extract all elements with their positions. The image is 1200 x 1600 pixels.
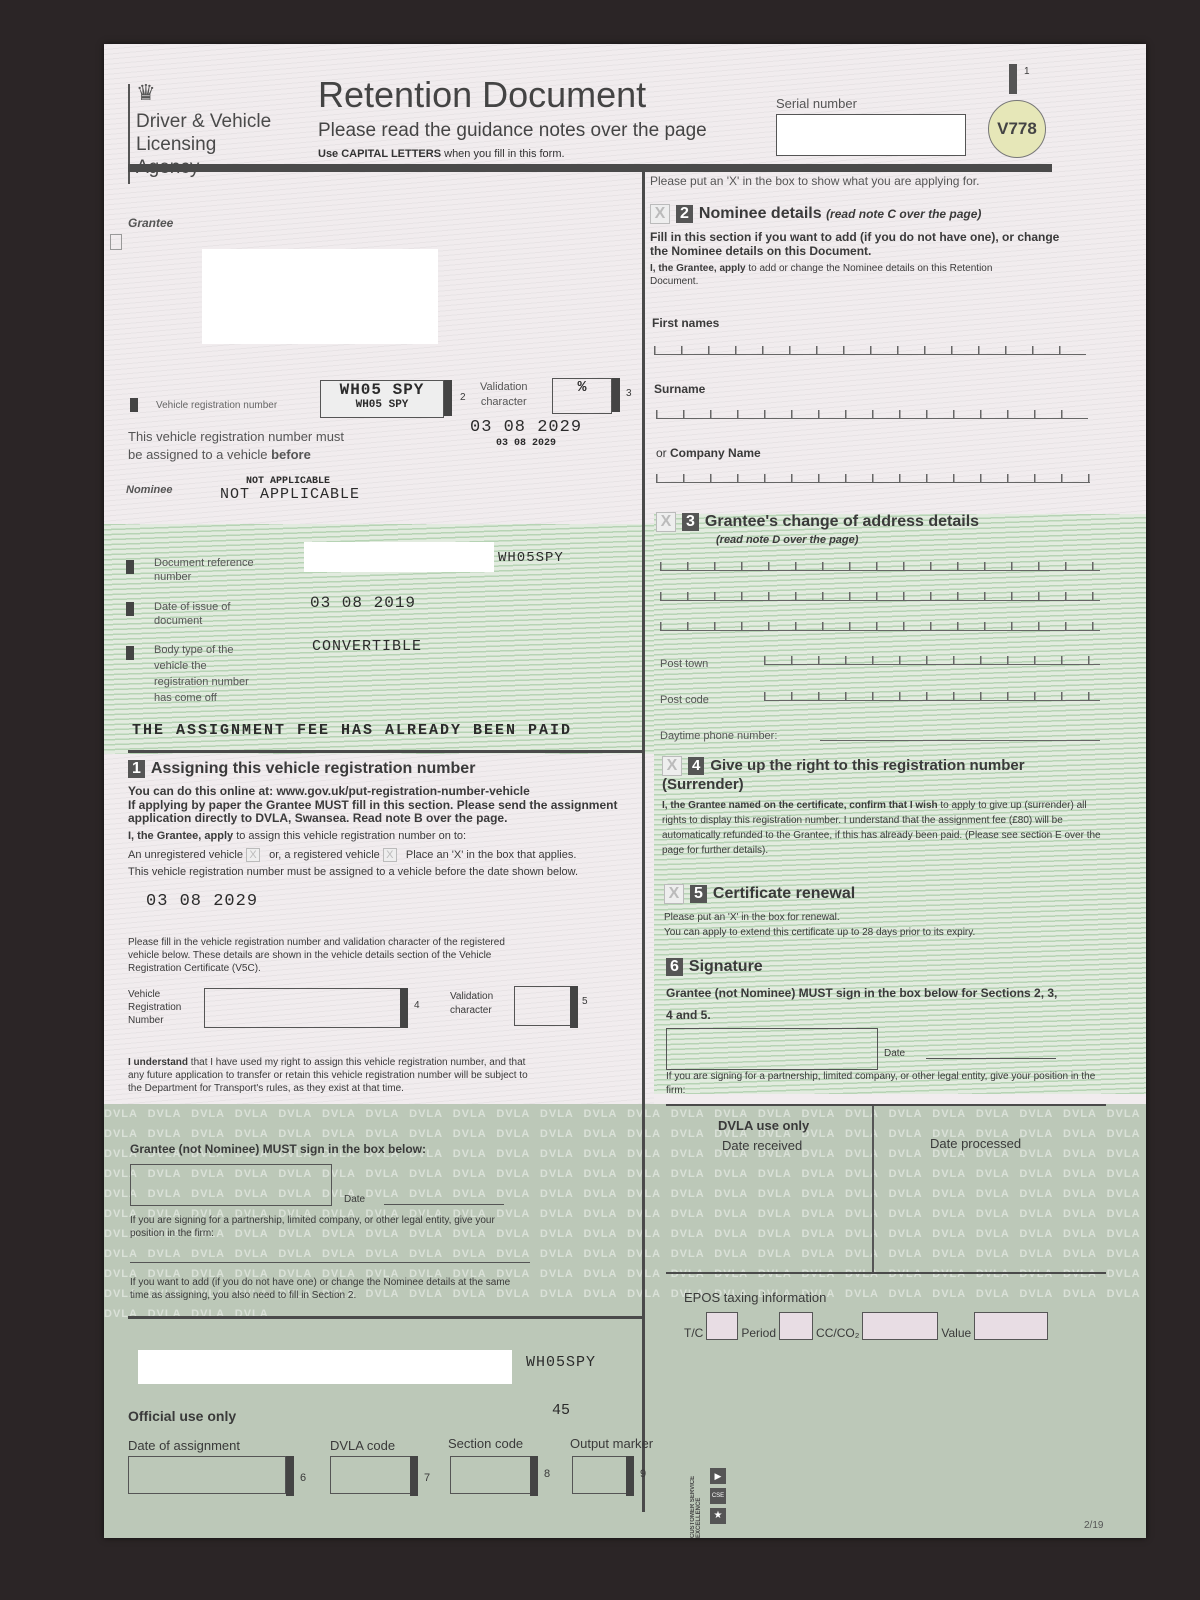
body-type-label: Body type of the vehicle the registratio… bbox=[154, 642, 254, 706]
section4-heading: X4Give up the right to this registration… bbox=[662, 756, 1102, 794]
redacted-grantee-address bbox=[202, 249, 438, 344]
marker bbox=[570, 986, 578, 1028]
capital-letters-instruction: Use CAPITAL LETTERS when you fill in thi… bbox=[318, 148, 565, 160]
issue-date-label: Date of issue of document bbox=[154, 600, 264, 628]
box-number: 8 bbox=[544, 1468, 550, 1480]
first-names-input[interactable] bbox=[654, 342, 1086, 355]
redacted-doc-ref bbox=[304, 542, 494, 572]
partnership-text: If you are signing for a partnership, li… bbox=[130, 1214, 520, 1240]
date-line[interactable] bbox=[384, 1204, 504, 1205]
section6-signature-box[interactable] bbox=[666, 1028, 878, 1070]
epos-value-input[interactable] bbox=[974, 1312, 1048, 1340]
grantee-label: Grantee bbox=[128, 216, 173, 230]
post-town-input[interactable] bbox=[764, 652, 1100, 665]
epos-cc-input[interactable] bbox=[862, 1312, 938, 1340]
column-divider bbox=[642, 172, 645, 1512]
dvla-use-divider bbox=[872, 1106, 874, 1272]
post-town-label: Post town bbox=[660, 658, 708, 670]
epos-tc-input[interactable] bbox=[706, 1312, 738, 1340]
form-version: 2/19 bbox=[1084, 1520, 1103, 1531]
box-number: 9 bbox=[640, 1468, 646, 1480]
address-window-marker bbox=[110, 234, 122, 250]
understand-text: I understand that I have used my right t… bbox=[128, 1056, 538, 1095]
royal-crest-icon: ♛ bbox=[136, 80, 156, 106]
official-field-label: DVLA code bbox=[330, 1438, 395, 1453]
dvla-code-input[interactable] bbox=[330, 1456, 412, 1494]
marker bbox=[400, 988, 408, 1028]
box-number: 2 bbox=[460, 392, 466, 403]
section6-date-line[interactable] bbox=[926, 1058, 1056, 1059]
subtitle: Please read the guidance notes over the … bbox=[318, 120, 707, 142]
section6-heading: 6Signature bbox=[666, 958, 763, 976]
new-vrn-input[interactable] bbox=[204, 988, 402, 1028]
official-field-label: Output marker bbox=[570, 1436, 653, 1451]
address-line-3-input[interactable] bbox=[660, 618, 1100, 631]
first-names-label: First names bbox=[652, 316, 719, 330]
doc-ref-value: WH05SPY bbox=[498, 550, 564, 566]
phone-input[interactable] bbox=[820, 740, 1100, 741]
expiry-date-small: 03 08 2029 bbox=[496, 438, 556, 449]
dvla-use-title: DVLA use only bbox=[718, 1118, 809, 1133]
box-number: 7 bbox=[424, 1472, 430, 1484]
section2-checkbox[interactable]: X bbox=[650, 204, 670, 224]
marker bbox=[126, 602, 134, 616]
section2-heading: X2Nominee details (read note C over the … bbox=[650, 204, 981, 224]
body-type-value: CONVERTIBLE bbox=[312, 638, 422, 655]
vrn-value-small: WH05 SPY bbox=[321, 399, 443, 411]
position-line[interactable] bbox=[130, 1262, 530, 1263]
nominee-label: Nominee bbox=[126, 484, 172, 496]
section6-partnership: If you are signing for a partnership, li… bbox=[666, 1070, 1106, 1098]
company-label: or Company Name bbox=[656, 446, 761, 460]
marker bbox=[530, 1456, 538, 1496]
address-line-1-input[interactable] bbox=[660, 558, 1100, 571]
apply-instruction: Please put an 'X' in the box to show wha… bbox=[650, 174, 979, 188]
unregistered-vehicle-checkbox[interactable]: X bbox=[246, 848, 260, 862]
vrn-box: WH05 SPY WH05 SPY bbox=[320, 380, 444, 418]
section5-heading: X5Certificate renewal bbox=[664, 884, 855, 904]
validation-value: % bbox=[553, 379, 611, 396]
post-code-input[interactable] bbox=[764, 688, 1100, 701]
grantee-signature-box[interactable] bbox=[130, 1164, 332, 1206]
box-number: 1 bbox=[1024, 66, 1030, 77]
section2-fill: Fill in this section if you want to add … bbox=[650, 230, 1080, 258]
assignment-code-value: 45 bbox=[552, 1402, 570, 1419]
expiry-date: 03 08 2029 bbox=[470, 418, 582, 437]
serial-number-field[interactable] bbox=[776, 114, 966, 156]
date-processed-label: Date processed bbox=[930, 1136, 1021, 1151]
section-rule bbox=[128, 750, 642, 753]
box-marker bbox=[1009, 64, 1017, 94]
company-input[interactable] bbox=[656, 470, 1090, 483]
official-use-title: Official use only bbox=[128, 1408, 236, 1424]
section1-date: 03 08 2029 bbox=[146, 892, 258, 911]
section1-apply: I, the Grantee, apply to assign this veh… bbox=[128, 830, 466, 842]
section4-checkbox[interactable]: X bbox=[662, 756, 682, 776]
date-of-assignment-input[interactable] bbox=[128, 1456, 286, 1494]
assignment-ref-value: WH05SPY bbox=[526, 1354, 596, 1371]
section5-checkbox[interactable]: X bbox=[664, 884, 684, 904]
box-number: 3 bbox=[626, 388, 632, 399]
official-field-label: Section code bbox=[448, 1436, 523, 1451]
new-validation-label: Validation character bbox=[450, 990, 510, 1018]
section3-heading: X3Grantee's change of address details bbox=[656, 512, 979, 532]
star-icon: ★ bbox=[710, 1508, 726, 1524]
marker bbox=[126, 560, 134, 574]
section-rule bbox=[666, 1104, 1106, 1106]
fee-notice: THE ASSIGNMENT FEE HAS ALREADY BEEN PAID bbox=[132, 722, 572, 739]
date-received-label: Date received bbox=[722, 1138, 802, 1153]
issue-date-value: 03 08 2019 bbox=[310, 594, 416, 612]
cse-badge: CSE bbox=[710, 1488, 726, 1504]
marker bbox=[410, 1456, 418, 1496]
epos-title: EPOS taxing information bbox=[684, 1290, 826, 1305]
section2-apply: I, the Grantee, apply to add or change t… bbox=[650, 262, 1030, 288]
redacted-reference bbox=[138, 1350, 512, 1384]
marker bbox=[126, 646, 134, 660]
section4-text: I, the Grantee named on the certificate,… bbox=[662, 798, 1108, 858]
validation-label: Validationcharacter bbox=[480, 380, 528, 410]
vehicle-type-row: An unregistered vehicle X or, a register… bbox=[128, 848, 576, 862]
section6-must-sign: Grantee (not Nominee) MUST sign in the b… bbox=[666, 982, 1066, 1026]
validation-box: % bbox=[552, 378, 612, 414]
section1-must-before: This vehicle registration number must be… bbox=[128, 866, 640, 878]
section6-date-label: Date bbox=[884, 1048, 905, 1059]
official-field-label: Date of assignment bbox=[128, 1438, 240, 1453]
sign-label: Grantee (not Nominee) MUST sign in the b… bbox=[130, 1142, 426, 1156]
section1-fill-in: Please fill in the vehicle registration … bbox=[128, 936, 528, 975]
phone-label: Daytime phone number: bbox=[660, 730, 777, 742]
box-number: 4 bbox=[414, 1000, 420, 1011]
output-marker-input[interactable] bbox=[572, 1456, 628, 1494]
marker bbox=[130, 398, 138, 412]
marker bbox=[444, 380, 452, 416]
doc-ref-label: Document reference number bbox=[154, 556, 274, 584]
surname-label: Surname bbox=[654, 382, 705, 396]
address-line-2-input[interactable] bbox=[660, 588, 1100, 601]
nominee-value: NOT APPLICABLE bbox=[220, 486, 360, 503]
box-number: 6 bbox=[300, 1472, 306, 1484]
section5-text: Please put an 'X' in the box for renewal… bbox=[664, 910, 1104, 940]
header-rule bbox=[128, 164, 1052, 172]
serial-label: Serial number bbox=[776, 96, 857, 111]
box-number: 5 bbox=[582, 996, 588, 1007]
post-code-label: Post code bbox=[660, 694, 709, 706]
marker bbox=[286, 1456, 294, 1496]
vrn-value: WH05 SPY bbox=[321, 381, 443, 399]
cse-label: CUSTOMER SERVICE EXCELLENCE bbox=[690, 1468, 702, 1538]
marker bbox=[626, 1456, 634, 1496]
play-icon: ▶ bbox=[710, 1468, 726, 1484]
epos-fields: T/C Period CC/CO₂ Value bbox=[684, 1312, 1048, 1340]
page-title: Retention Document bbox=[318, 74, 646, 116]
section-code-input[interactable] bbox=[450, 1456, 532, 1494]
section3-checkbox[interactable]: X bbox=[656, 512, 676, 532]
section-rule bbox=[666, 1272, 1106, 1274]
official-fields: Date of assignment 6 DVLA code 7 Section… bbox=[128, 1438, 648, 1498]
section1-online: You can do this online at: www.gov.uk/pu… bbox=[128, 784, 638, 798]
surname-input[interactable] bbox=[656, 406, 1088, 419]
form-code-badge: V778 bbox=[988, 100, 1046, 158]
new-validation-input[interactable] bbox=[514, 986, 572, 1026]
section1-paper: If applying by paper the Grantee MUST fi… bbox=[128, 799, 640, 825]
retention-document: DVLA DVLA DVLA DVLA DVLA DVLA DVLA DVLA … bbox=[104, 44, 1146, 1538]
new-vrn-label: Vehicle Registration Number bbox=[128, 988, 198, 1027]
nominee-note: If you want to add (if you do not have o… bbox=[130, 1276, 520, 1302]
epos-period-input[interactable] bbox=[779, 1312, 813, 1340]
section1-heading: 1Assigning this vehicle registration num… bbox=[128, 760, 475, 778]
section-rule bbox=[128, 1316, 642, 1319]
registered-vehicle-checkbox[interactable]: X bbox=[383, 848, 397, 862]
assign-before-text: This vehicle registration number must be… bbox=[128, 428, 344, 464]
marker bbox=[612, 378, 620, 412]
date-label: Date bbox=[344, 1194, 365, 1205]
vrn-label: Vehicle registration number bbox=[156, 400, 277, 411]
section3-note: (read note D over the page) bbox=[716, 534, 858, 546]
